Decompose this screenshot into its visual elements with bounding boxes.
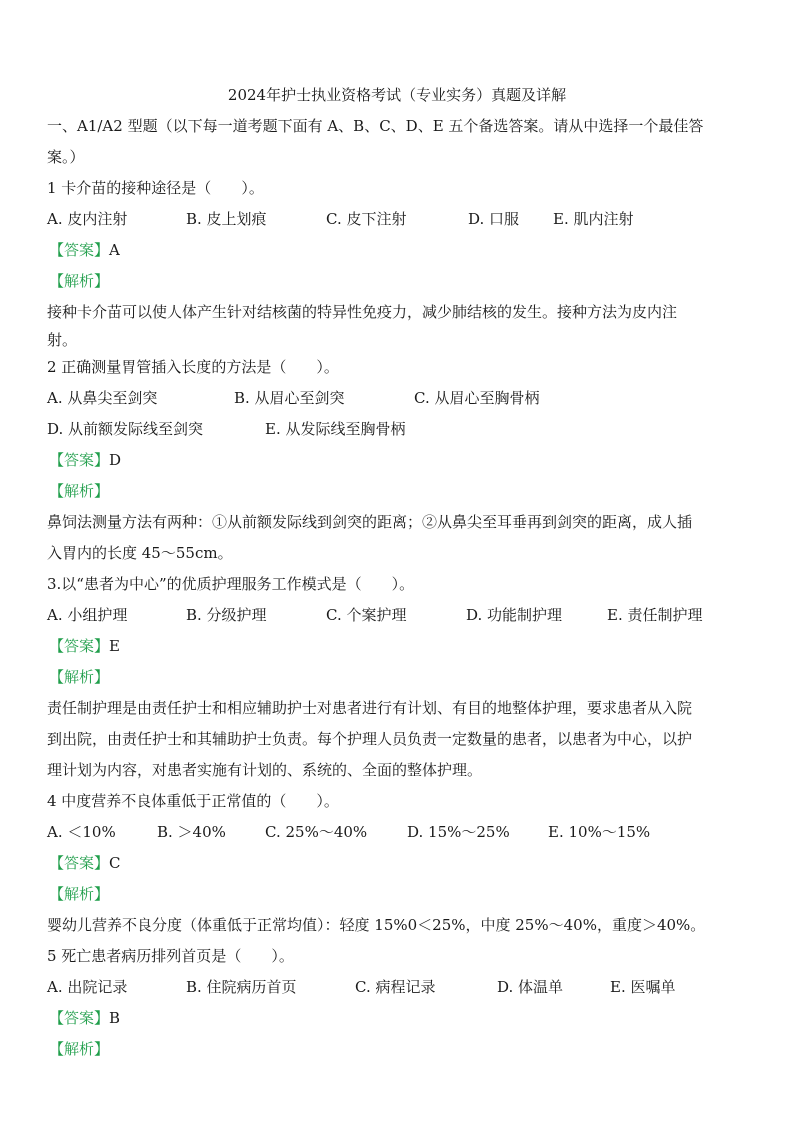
option-c: C. 从眉心至胸骨柄: [414, 383, 539, 414]
options-row: D. 从前额发际线至剑突 E. 从发际线至胸骨柄: [47, 414, 747, 445]
analysis-text-line: 理计划为内容，对患者实施有计划的、系统的、全面的整体护理。: [47, 755, 747, 786]
question-5: 5 死亡患者病历排列首页是（ ）。 A. 出院记录 B. 住院病历首页 C. 病…: [47, 941, 747, 1065]
analysis-text-line: 入胃内的长度 45～55cm。: [47, 538, 747, 569]
options-row: A. 小组护理 B. 分级护理 C. 个案护理 D. 功能制护理 E. 责任制护…: [47, 600, 747, 631]
question-stem: 4 中度营养不良体重低于正常值的（ ）。: [47, 786, 747, 817]
question-4: 4 中度营养不良体重低于正常值的（ ）。 A. ＜10% B. ＞40% C. …: [47, 786, 747, 941]
analysis-text-line: 到出院，由责任护士和其辅助护士负责。每个护理人员负责一定数量的患者，以患者为中心…: [47, 724, 747, 755]
section-heading-line-2: 案。）: [47, 142, 747, 173]
analysis-heading: 【解析】: [47, 662, 747, 693]
option-d: D. 口服: [468, 204, 553, 235]
options-row: A. 从鼻尖至剑突 B. 从眉心至剑突 C. 从眉心至胸骨柄: [47, 383, 747, 414]
option-a: A. 出院记录: [47, 972, 186, 1003]
analysis-text-line: 鼻饲法测量方法有两种：①从前额发际线到剑突的距离；②从鼻尖至耳垂再到剑突的距离，…: [47, 507, 747, 538]
option-c: C. 皮下注射: [326, 204, 468, 235]
option-e: E. 从发际线至胸骨柄: [265, 414, 406, 445]
question-stem: 3.以“患者为中心”的优质护理服务工作模式是（ ）。: [47, 569, 747, 600]
option-a: A. ＜10%: [47, 817, 157, 848]
question-3: 3.以“患者为中心”的优质护理服务工作模式是（ ）。 A. 小组护理 B. 分级…: [47, 569, 747, 786]
option-d: D. 从前额发际线至剑突: [47, 414, 265, 445]
section-heading-line-1: 一、A1/A2 型题（以下每一道考题下面有 A、B、C、D、E 五个备选答案。请…: [47, 111, 747, 142]
option-e: E. 责任制护理: [607, 600, 703, 631]
options-row: A. 皮内注射 B. 皮上划痕 C. 皮下注射 D. 口服 E. 肌内注射: [47, 204, 747, 235]
option-c: C. 个案护理: [326, 600, 466, 631]
option-b: B. 住院病历首页: [186, 972, 355, 1003]
analysis-heading: 【解析】: [47, 476, 747, 507]
option-e: E. 医嘱单: [610, 972, 676, 1003]
option-b: B. 分级护理: [186, 600, 326, 631]
options-row: A. 出院记录 B. 住院病历首页 C. 病程记录 D. 体温单 E. 医嘱单: [47, 972, 747, 1003]
question-stem: 2 正确测量胃管插入长度的方法是（ ）。: [47, 352, 747, 383]
answer-line: 【答案】C: [47, 848, 747, 879]
answer-value: D: [109, 451, 121, 469]
document-title: 2024年护士执业资格考试（专业实务）真题及详解: [47, 80, 747, 111]
option-d: D. 功能制护理: [466, 600, 607, 631]
analysis-text-line: 接种卡介苗可以使人体产生针对结核菌的特异性免疫力，减少肺结核的发生。接种方法为皮…: [47, 297, 747, 328]
analysis-heading: 【解析】: [47, 1034, 747, 1065]
analysis-text-line: 责任制护理是由责任护士和相应辅助护士对患者进行有计划、有目的地整体护理，要求患者…: [47, 693, 747, 724]
answer-line: 【答案】E: [47, 631, 747, 662]
answer-tag: 【答案】: [49, 854, 109, 872]
analysis-tag: 【解析】: [49, 885, 109, 903]
option-a: A. 皮内注射: [47, 204, 186, 235]
analysis-heading: 【解析】: [47, 879, 747, 910]
option-a: A. 从鼻尖至剑突: [47, 383, 234, 414]
question-1: 1 卡介苗的接种途径是（ ）。 A. 皮内注射 B. 皮上划痕 C. 皮下注射 …: [47, 173, 747, 352]
option-c: C. 25%～40%: [265, 817, 407, 848]
option-d: D. 15%～25%: [407, 817, 548, 848]
option-a: A. 小组护理: [47, 600, 186, 631]
answer-tag: 【答案】: [49, 451, 109, 469]
analysis-tag: 【解析】: [49, 272, 109, 290]
analysis-text-line: 婴幼儿营养不良分度（体重低于正常均值）：轻度 15%0＜25%，中度 25%～4…: [47, 910, 747, 941]
question-stem: 1 卡介苗的接种途径是（ ）。: [47, 173, 747, 204]
answer-tag: 【答案】: [49, 241, 109, 259]
answer-line: 【答案】D: [47, 445, 747, 476]
option-d: D. 体温单: [497, 972, 610, 1003]
answer-value: C: [109, 854, 120, 872]
question-stem: 5 死亡患者病历排列首页是（ ）。: [47, 941, 747, 972]
answer-value: E: [109, 637, 120, 655]
answer-value: A: [109, 241, 120, 259]
option-e: E. 10%～15%: [548, 817, 650, 848]
option-b: B. 皮上划痕: [186, 204, 326, 235]
answer-line: 【答案】A: [47, 235, 747, 266]
option-c: C. 病程记录: [355, 972, 497, 1003]
option-b: B. 从眉心至剑突: [234, 383, 414, 414]
option-b: B. ＞40%: [157, 817, 265, 848]
document-page: 2024年护士执业资格考试（专业实务）真题及详解 一、A1/A2 型题（以下每一…: [47, 80, 747, 1065]
analysis-heading: 【解析】: [47, 266, 747, 297]
answer-value: B: [109, 1009, 120, 1027]
option-e: E. 肌内注射: [553, 204, 634, 235]
analysis-tag: 【解析】: [49, 668, 109, 686]
analysis-tag: 【解析】: [49, 1040, 109, 1058]
answer-line: 【答案】B: [47, 1003, 747, 1034]
analysis-tag: 【解析】: [49, 482, 109, 500]
question-2: 2 正确测量胃管插入长度的方法是（ ）。 A. 从鼻尖至剑突 B. 从眉心至剑突…: [47, 352, 747, 569]
analysis-text-line: 射。: [47, 328, 747, 352]
answer-tag: 【答案】: [49, 637, 109, 655]
options-row: A. ＜10% B. ＞40% C. 25%～40% D. 15%～25% E.…: [47, 817, 747, 848]
answer-tag: 【答案】: [49, 1009, 109, 1027]
